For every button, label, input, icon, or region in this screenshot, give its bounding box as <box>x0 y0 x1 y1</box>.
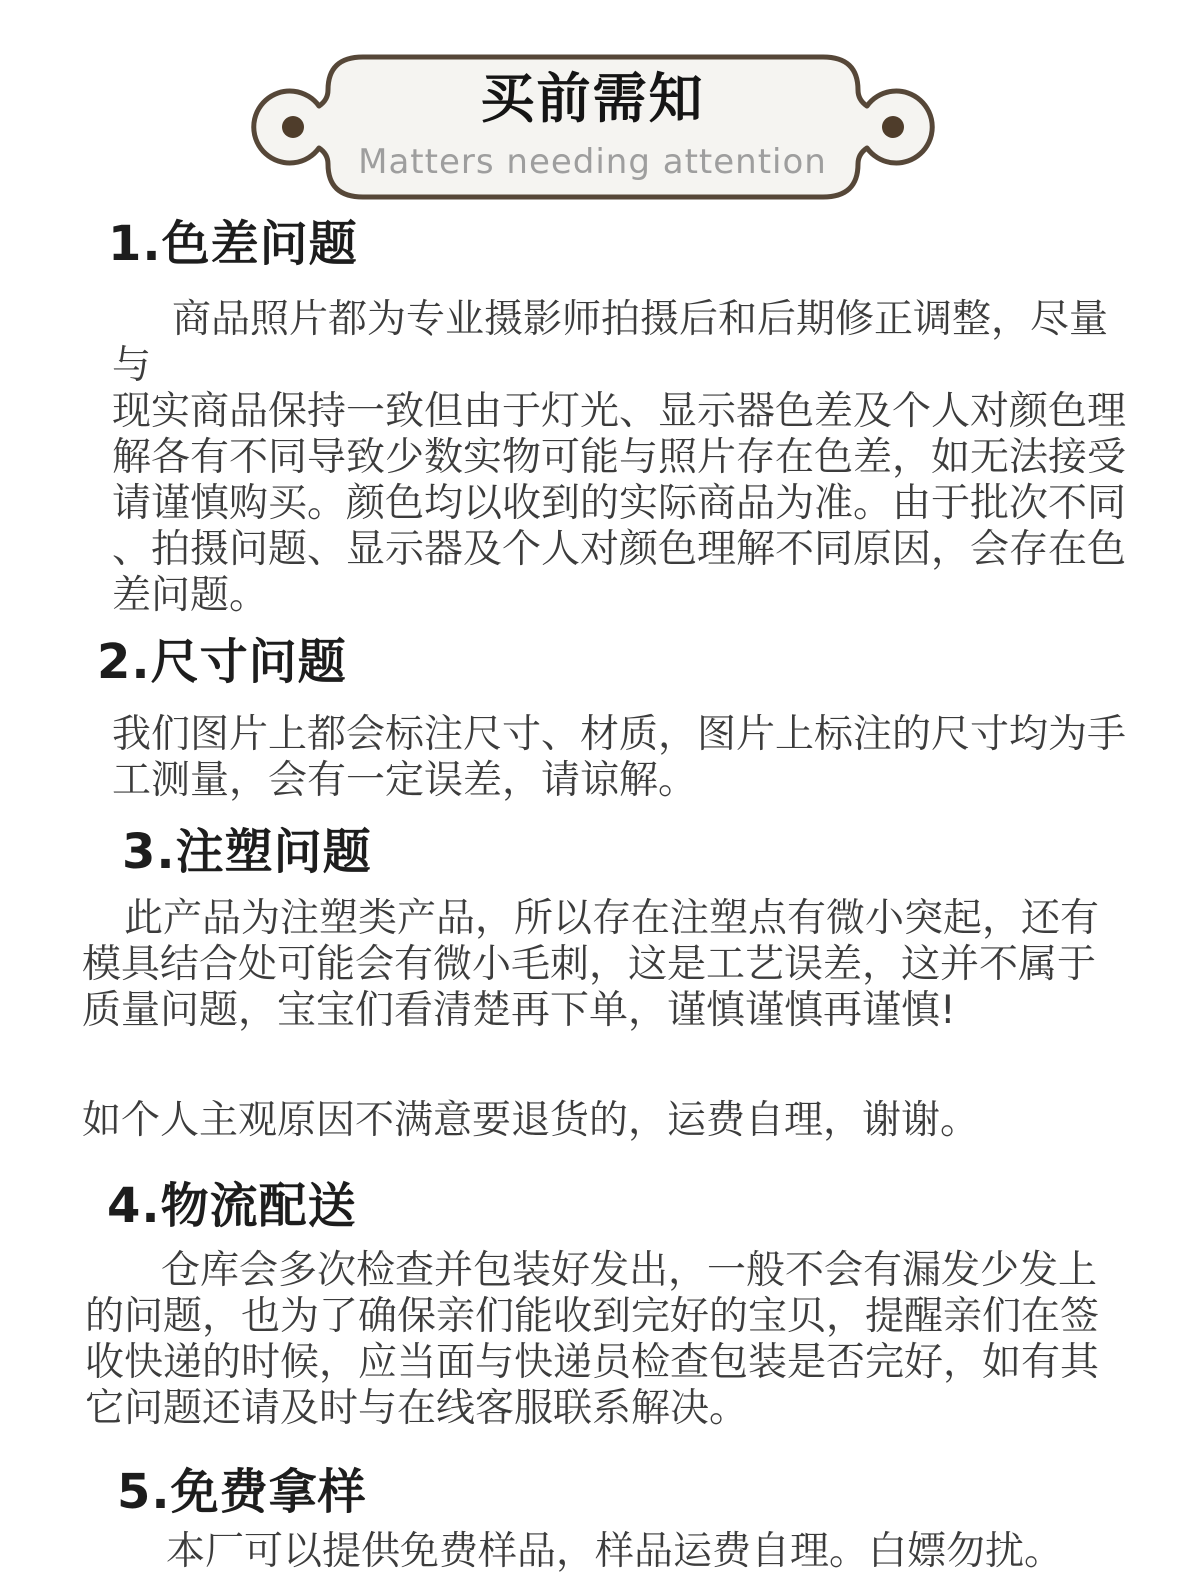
notice-plaque: 买前需知 Matters needing attention <box>243 52 943 202</box>
pre-purchase-notice-page: 买前需知 Matters needing attention 1.色差问题 商品… <box>0 52 1185 1575</box>
section-3-body: 此产品为注塑类产品，所以存在注塑点有微小突起，还有 模具结合处可能会有微小毛刺，… <box>82 896 1145 1034</box>
section-5-body: 本厂可以提供免费样品，样品运费自理。白嫖勿扰。 <box>82 1529 1145 1575</box>
section-4-body: 仓库会多次检查并包装好发出，一般不会有漏发少发上 的问题，也为了确保亲们能收到完… <box>85 1248 1145 1432</box>
section-4-heading: 4.物流配送 <box>107 1178 1185 1234</box>
section-5-heading: 5.免费拿样 <box>117 1464 1185 1520</box>
section-1-heading: 1.色差问题 <box>108 216 1185 272</box>
return-shipping-notice: 如个人主观原因不满意要退货的，运费自理，谢谢。 <box>82 1098 1145 1144</box>
section-1-body: 商品照片都为专业摄影师拍摄后和后期修正调整，尽量与 现实商品保持一致但由于灯光、… <box>112 297 1145 619</box>
banner-title: 买前需知 <box>243 68 943 130</box>
banner-subtitle: Matters needing attention <box>243 144 943 181</box>
section-2-body: 我们图片上都会标注尺寸、材质，图片上标注的尺寸均为手 工测量，会有一定误差，请谅… <box>112 712 1145 804</box>
section-2-heading: 2.尺寸问题 <box>97 634 1185 690</box>
section-3-heading: 3.注塑问题 <box>122 824 1185 880</box>
